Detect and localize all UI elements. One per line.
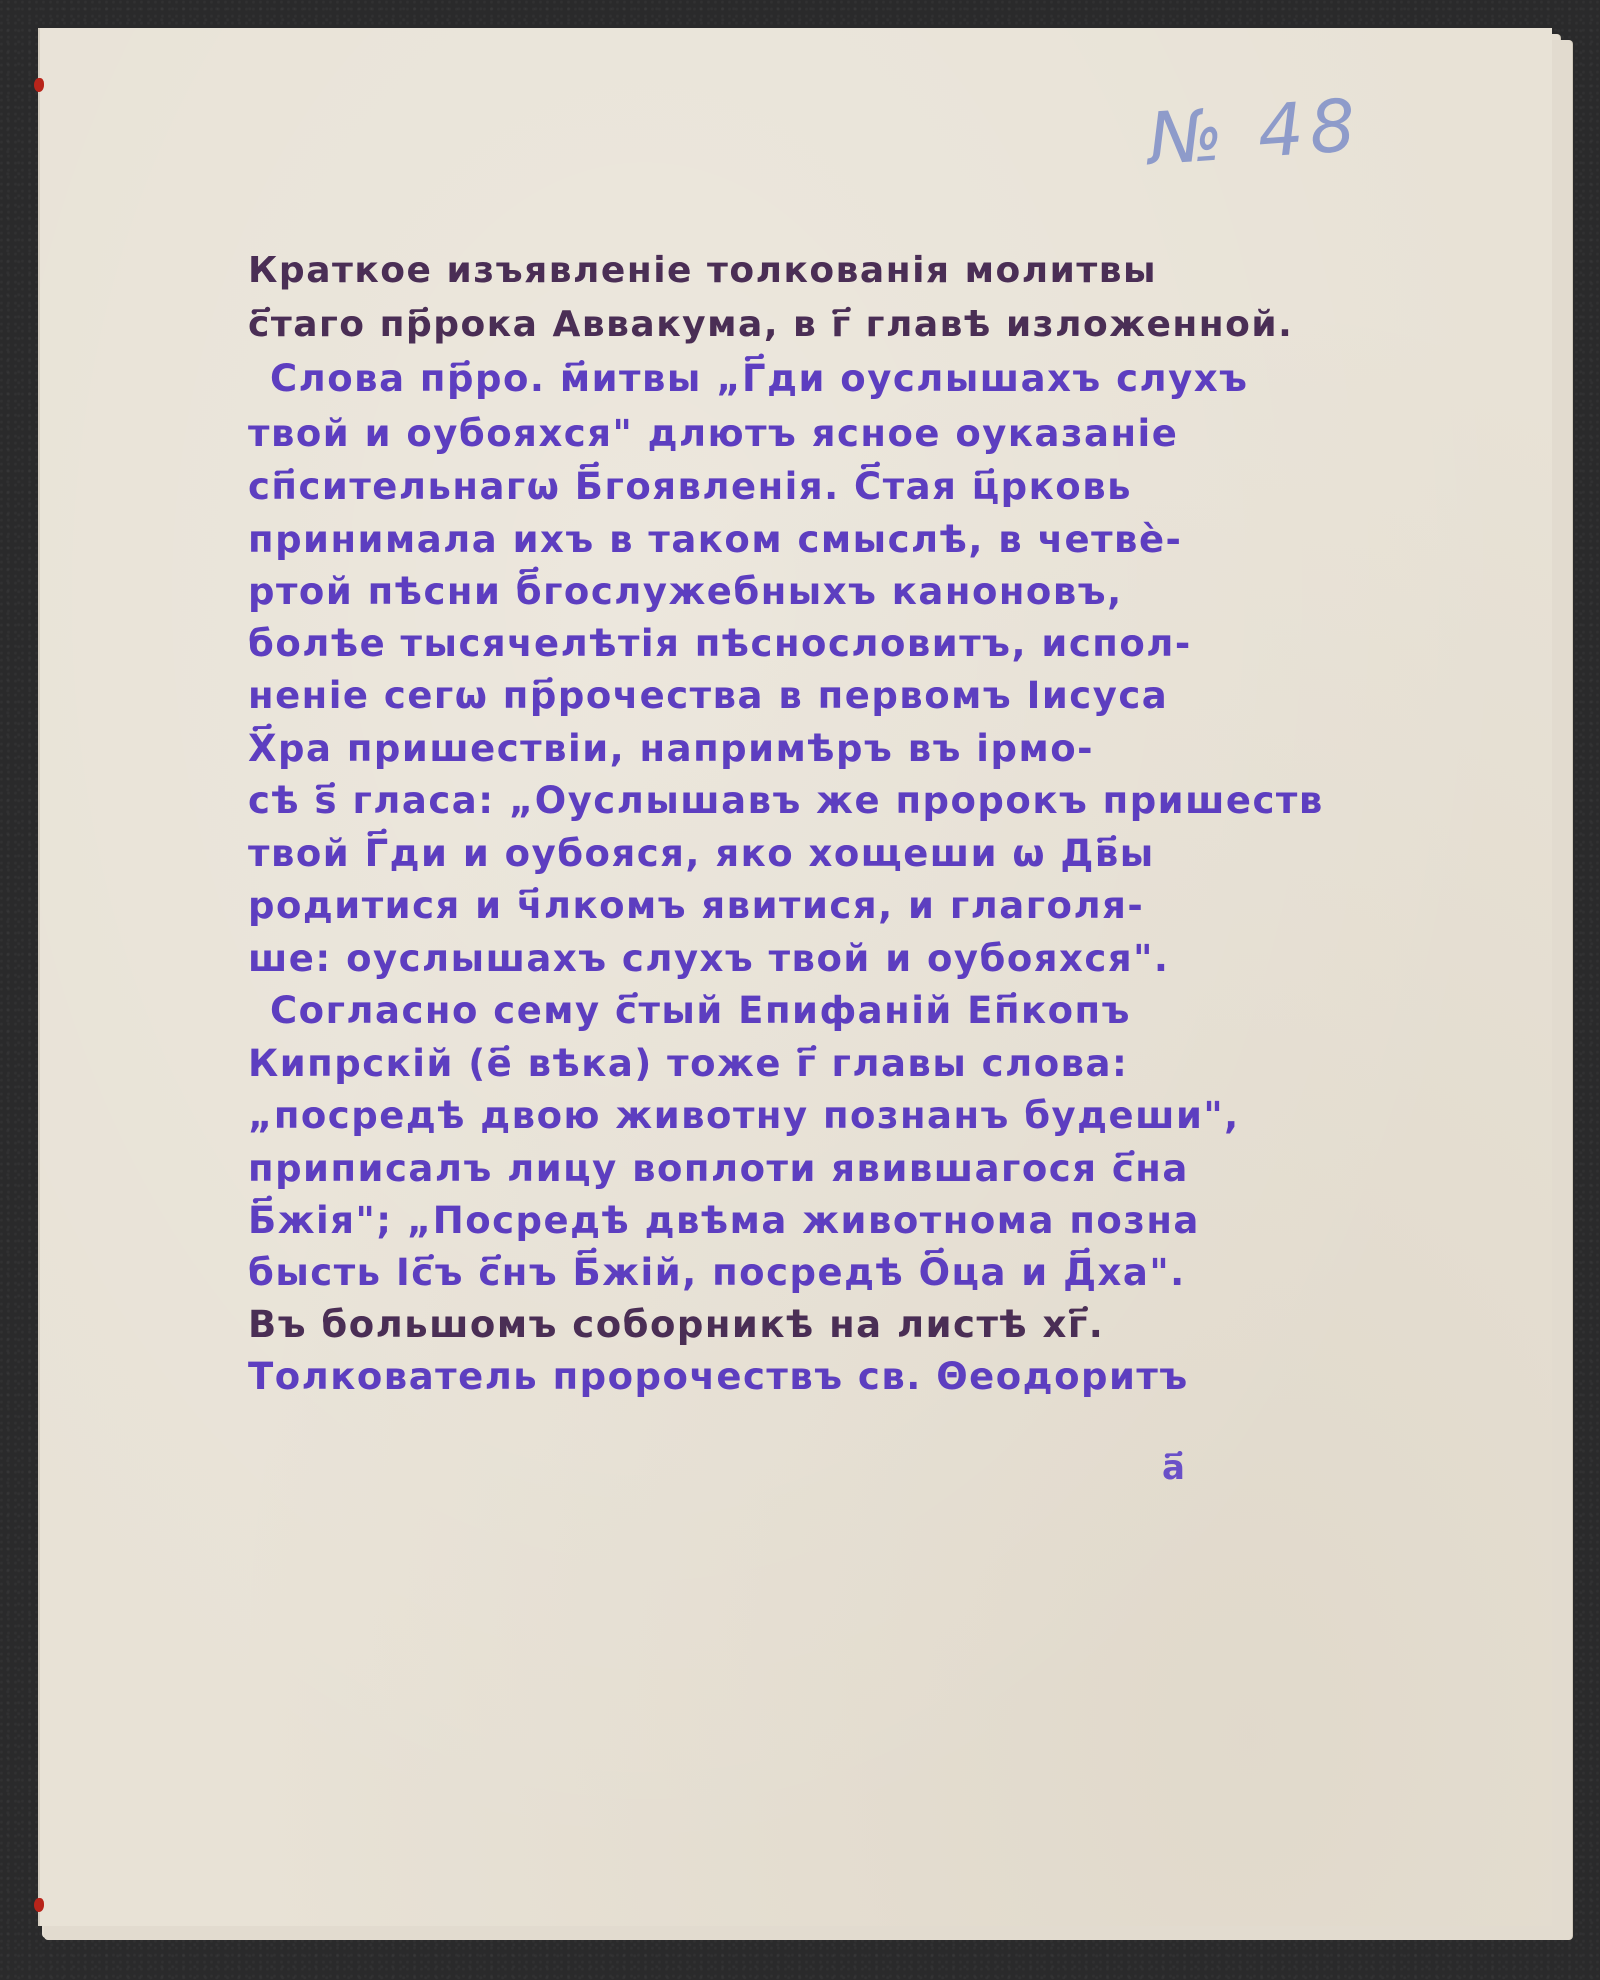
body-line: Х҃ра пришествіи, напримѣръ въ ірмо- [248,724,1228,774]
title-line-2: с҃таго пр҃рока Аввакума, в г҃ главѣ изло… [248,300,1228,350]
title-line-1: Краткое изъявленіе толкованія молитвы [248,246,1228,296]
body-line: болѣе тысячелѣтія пѣснословитъ, испол- [248,619,1228,669]
body-line: родитися и ч҃лкомъ явитися, и глаголя- [248,881,1228,931]
body-line: твой и оубояхся" длютъ ясное оуказаніе [248,409,1228,459]
body-line: Толкователь пророчествъ св. Θеодоритъ [248,1352,1228,1402]
body-line: бысть Іс҃ъ с҃нъ Б҃жій, посредѣ О҃ца и Д҃… [248,1248,1228,1298]
body-line: Б҃жія"; „Посредѣ двѣма животнома позна [248,1196,1228,1246]
body-line: неніе сегω пр҃рочества в первомъ Іисуса [248,671,1228,721]
body-line: „посредѣ двою животну познанъ будеши", [248,1091,1228,1141]
body-line: ше: оуслышахъ слухъ твой и оубояхся". [248,934,1228,984]
catalog-number: № 48 [1145,83,1364,182]
body-line: приписалъ лицу воплоти явившагося с҃на [248,1144,1228,1194]
body-line: принимала ихъ в таком смыслѣ, в четвѐ- [248,515,1228,565]
body-line: сѣ ѕ҃ гласа: „Оуслышавъ же пророкъ прише… [248,776,1228,826]
catchword: а҃ [1162,1448,1185,1488]
body-line: ртой пѣсни б҃гослужебныхъ каноновъ, [248,567,1228,617]
body-line: Кипрскій (е҃ вѣка) тоже г҃ главы слова: [248,1039,1228,1089]
red-wax-mark [34,78,44,92]
body-line: Согласно сему с҃тый Епифаній Еп҃копъ [270,986,1250,1036]
body-line: Слова пр҃ро. м҃итвы „Г҃ди оуслышахъ слух… [270,354,1250,404]
body-line: сп҃сительнагω Б҃гоявленія. С҃тая ц҃рковь [248,462,1228,512]
body-line: Въ большомъ соборникѣ на листѣ хг҃. [248,1300,1228,1350]
red-wax-mark [34,1898,44,1912]
body-line: твой Г҃ди и оубояся, яко хощеши ω Дв҃ы [248,829,1228,879]
